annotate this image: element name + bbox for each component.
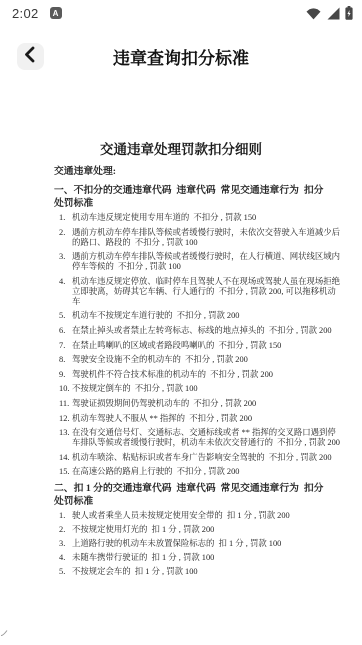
rule-item: 5. 不按规定会车的 扣 1 分 , 罚款 100 [59,567,362,577]
section-1-list: 1. 机动车违反规定使用专用车道的 不扣分 , 罚款 150 2. 遇前方机动车… [0,213,362,477]
rule-number: 10. [59,384,72,394]
battery-charging-icon [345,6,353,20]
rule-number: 15. [59,467,72,477]
rule-number: 7. [59,341,72,351]
rule-item: 12. 机动车驾驶人不服从 ** 指挥的 不扣分 , 罚款 200 [59,414,362,424]
app-header: 违章查询扣分标准 [0,42,362,70]
rule-text: 未随车携带行驶证的 扣 1 分 , 罚款 100 [72,553,340,563]
rule-item: 2. 不按规定使用灯光的 扣 1 分 , 罚款 200 [59,525,362,535]
rule-text: 机动车不按规定车道行驶的 不扣分 , 罚款 200 [72,311,340,321]
rule-text: 在禁止掉头或者禁止左转弯标志、标线的地点掉头的 不扣分 , 罚款 200 [72,326,340,336]
page-title: 违章查询扣分标准 [0,44,362,69]
rule-number: 11. [59,399,72,409]
rule-text: 机动车驾驶人不服从 ** 指挥的 不扣分 , 罚款 200 [72,414,340,424]
back-button[interactable] [17,43,44,70]
document-title: 交通违章处理罚款扣分细则 [0,138,362,158]
cell-signal-icon [326,7,340,20]
rule-number: 5. [59,567,72,577]
stray-mark [0,624,9,642]
rule-item: 2. 遇前方机动车停车排队等候或者缓慢行驶时，未依次交替驶入车道减少后的路口、路… [59,228,362,248]
rule-text: 不按规定倒车的 不扣分 , 罚款 100 [72,384,340,394]
status-icons [306,6,353,20]
article: 交通违章处理罚款扣分细则 交通违章处理: 一、不扣分的交通违章代码 违章代码 常… [0,138,362,577]
rule-item: 14. 机动车喷涂、粘贴标识或者车身广告影响安全驾驶的 不扣分 , 罚款 200 [59,453,362,463]
intro-text: 交通违章处理: [54,165,340,178]
rule-text: 在没有交通信号灯、交通标志、交通标线或者 ** 指挥的交叉路口遇到停车排队等候或… [72,428,340,448]
rule-item: 15. 在高速公路的路肩上行驶的 不扣分 , 罚款 200 [59,467,362,477]
rule-number: 14. [59,453,72,463]
rule-item: 3. 上道路行驶的机动车未放置保险标志的 扣 1 分 , 罚款 100 [59,539,362,549]
rule-number: 2. [59,228,72,248]
notification-a-icon: A [50,7,62,19]
rule-number: 9. [59,370,72,380]
rule-text: 驾驶安全设施不全的机动车的 不扣分 , 罚款 200 [72,355,340,365]
rule-text: 驾驶机件不符合技术标准的机动车的 不扣分 , 罚款 200 [72,370,340,380]
rule-item: 3. 遇前方机动车停车排队等候或者缓慢行驶时，在人行横道、网状线区域内停车等候的… [59,252,362,272]
rule-item: 1. 驶人或者乘坐人员未按规定使用安全带的 扣 1 分 , 罚款 200 [59,511,362,521]
rule-number: 3. [59,252,72,272]
rule-item: 10. 不按规定倒车的 不扣分 , 罚款 100 [59,384,362,394]
rule-text: 遇前方机动车停车排队等候或者缓慢行驶时，未依次交替驶入车道减少后的路口、路段的 … [72,228,340,248]
rule-text: 在禁止鸣喇叭的区域或者路段鸣喇叭的 不扣分 , 罚款 150 [72,341,340,351]
rule-text: 上道路行驶的机动车未放置保险标志的 扣 1 分 , 罚款 100 [72,539,340,549]
rule-text: 遇前方机动车停车排队等候或者缓慢行驶时，在人行横道、网状线区域内停车等候的 不扣… [72,252,340,272]
rule-item: 6. 在禁止掉头或者禁止左转弯标志、标线的地点掉头的 不扣分 , 罚款 200 [59,326,362,336]
rule-text: 机动车喷涂、粘贴标识或者车身广告影响安全驾驶的 不扣分 , 罚款 200 [72,453,340,463]
rule-number: 2. [59,525,72,535]
rule-number: 3. [59,539,72,549]
status-bar: 2:02 A [0,0,362,26]
rule-item: 13. 在没有交通信号灯、交通标志、交通标线或者 ** 指挥的交叉路口遇到停车排… [59,428,362,448]
rule-text: 在高速公路的路肩上行驶的 不扣分 , 罚款 200 [72,467,340,477]
rule-text: 机动车违反规定停放、临时停车且驾驶人不在现场或驾驶人虽在现场拒绝立即驶离，妨碍其… [72,277,340,307]
rule-item: 1. 机动车违反规定使用专用车道的 不扣分 , 罚款 150 [59,213,362,223]
rule-number: 4. [59,553,72,563]
rule-number: 8. [59,355,72,365]
rule-item: 7. 在禁止鸣喇叭的区域或者路段鸣喇叭的 不扣分 , 罚款 150 [59,341,362,351]
rule-number: 13. [59,428,72,448]
wifi-icon [306,7,321,20]
section-2-heading: 二、扣 1 分的交通违章代码 违章代码 常见交通违章行为 扣分 处罚标准 [54,482,326,508]
section-2-list: 1. 驶人或者乘坐人员未按规定使用安全带的 扣 1 分 , 罚款 200 2. … [0,511,362,577]
rule-text: 不按规定会车的 扣 1 分 , 罚款 100 [72,567,340,577]
rule-item: 11. 驾驶证损毁期间仍驾驶机动车的 不扣分 , 罚款 200 [59,399,362,409]
rule-item: 8. 驾驶安全设施不全的机动车的 不扣分 , 罚款 200 [59,355,362,365]
rule-number: 4. [59,277,72,307]
rule-text: 驾驶证损毁期间仍驾驶机动车的 不扣分 , 罚款 200 [72,399,340,409]
section-1-heading: 一、不扣分的交通违章代码 违章代码 常见交通违章行为 扣分 处罚标准 [54,184,326,210]
rule-number: 1. [59,511,72,521]
rule-text: 不按规定使用灯光的 扣 1 分 , 罚款 200 [72,525,340,535]
chevron-left-icon [17,41,44,71]
rule-text: 机动车违反规定使用专用车道的 不扣分 , 罚款 150 [72,213,340,223]
rule-text: 驶人或者乘坐人员未按规定使用安全带的 扣 1 分 , 罚款 200 [72,511,340,521]
rule-number: 1. [59,213,72,223]
rule-item: 4. 机动车违反规定停放、临时停车且驾驶人不在现场或驾驶人虽在现场拒绝立即驶离，… [59,277,362,307]
rule-number: 6. [59,326,72,336]
clock: 2:02 [12,6,39,21]
rule-item: 5. 机动车不按规定车道行驶的 不扣分 , 罚款 200 [59,311,362,321]
rule-item: 4. 未随车携带行驶证的 扣 1 分 , 罚款 100 [59,553,362,563]
rule-number: 5. [59,311,72,321]
rule-number: 12. [59,414,72,424]
rule-item: 9. 驾驶机件不符合技术标准的机动车的 不扣分 , 罚款 200 [59,370,362,380]
